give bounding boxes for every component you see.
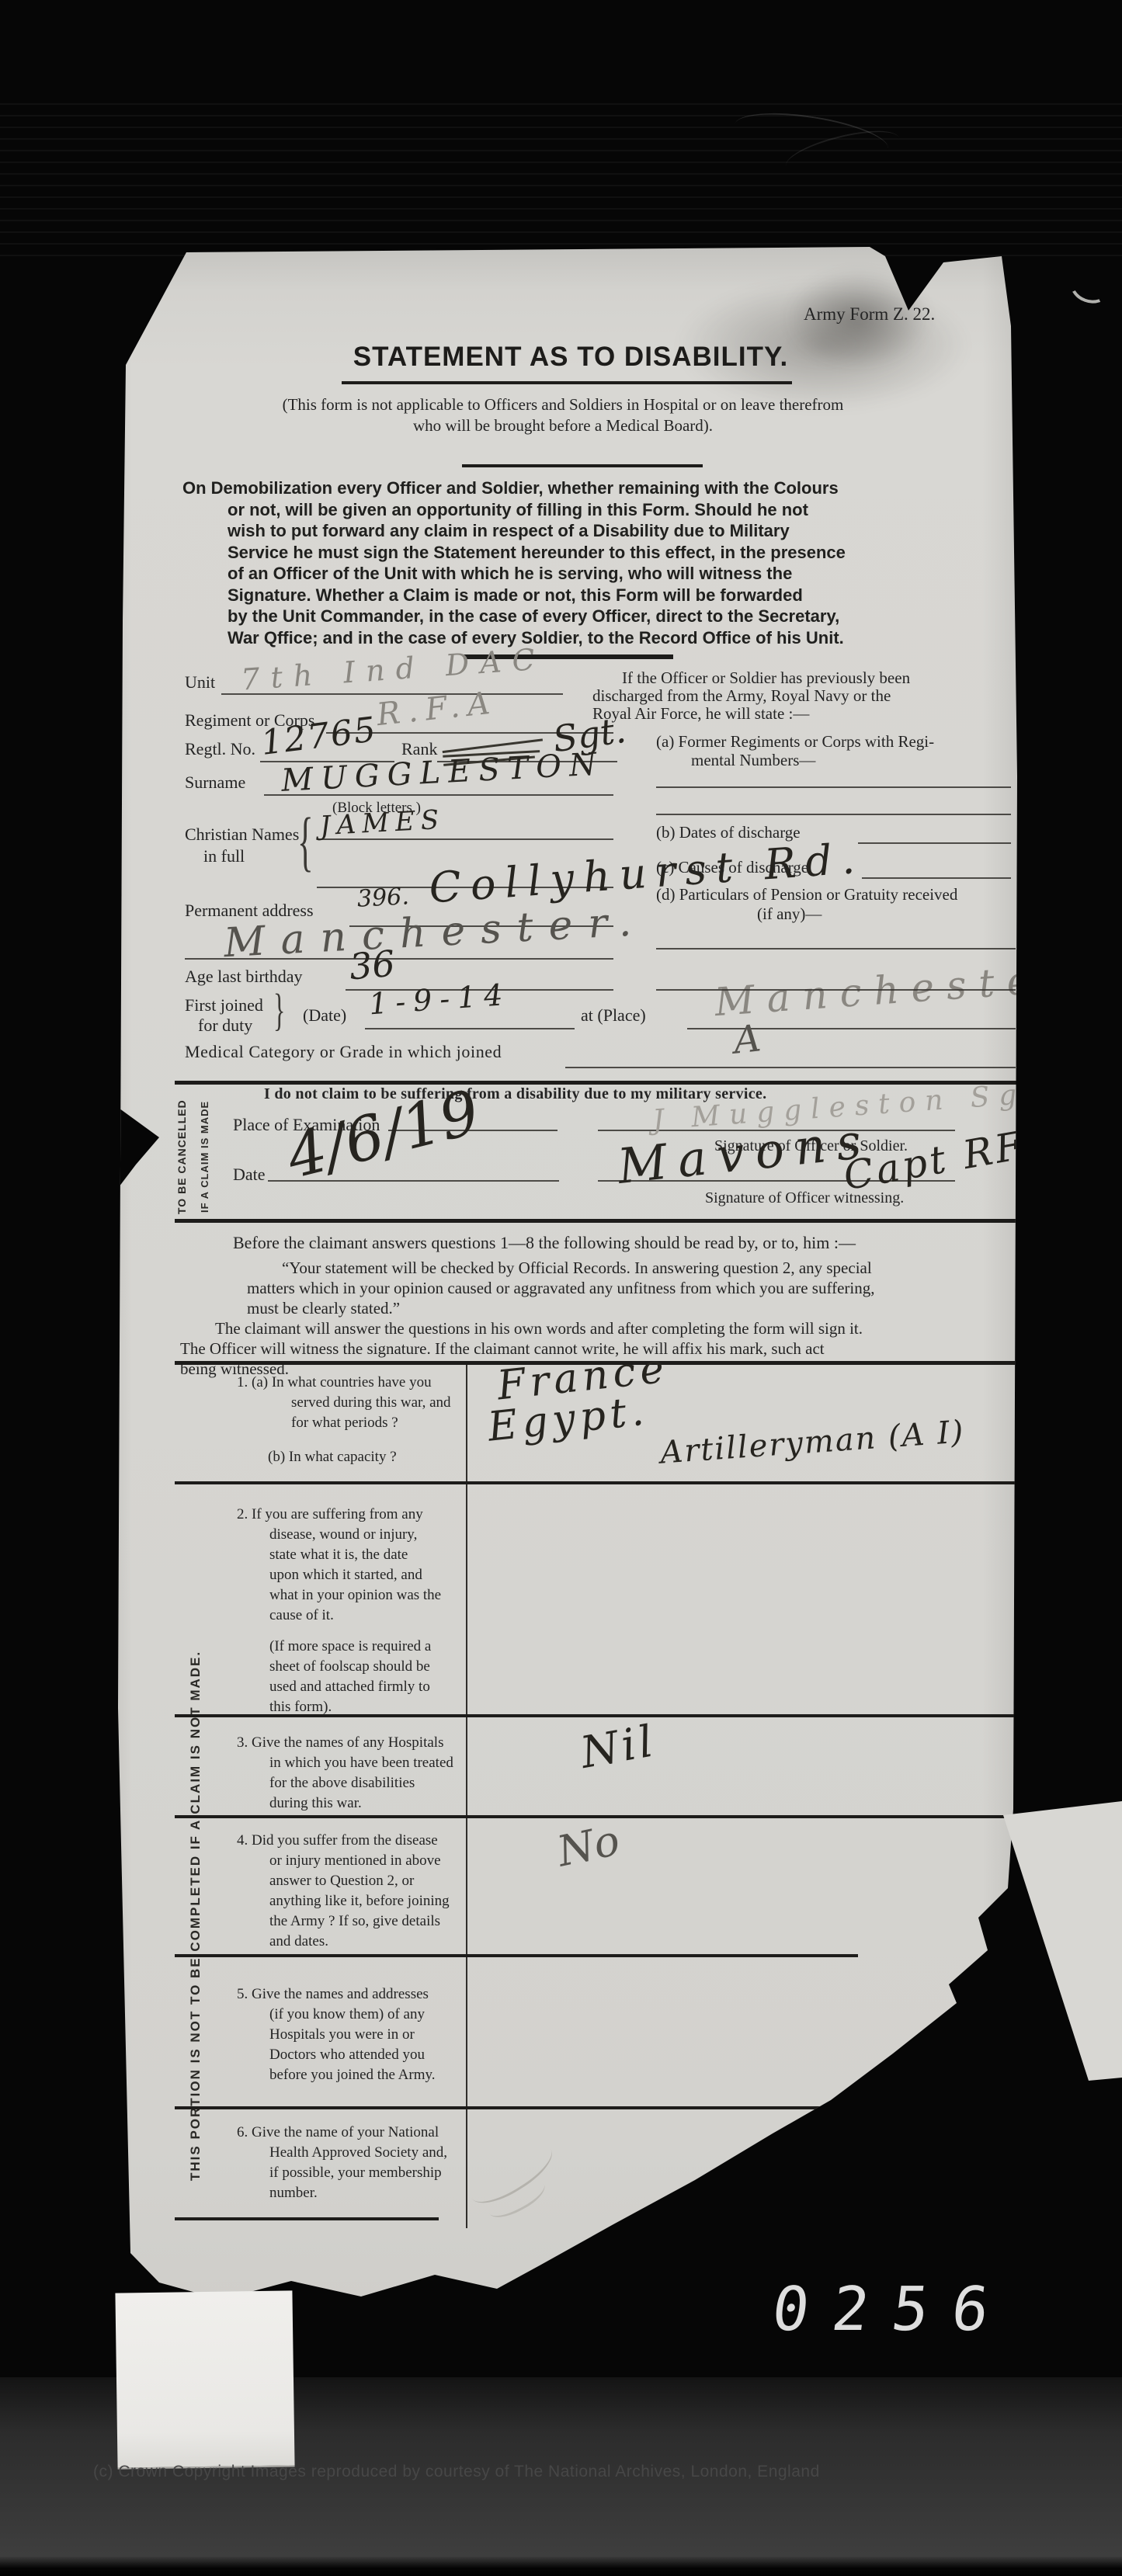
form-title: STATEMENT AS TO DISABILITY. xyxy=(299,342,842,373)
dates-of-discharge-line xyxy=(858,842,1011,844)
question-1b: (b) In what capacity ? xyxy=(268,1447,397,1467)
joined-date-line xyxy=(365,1028,575,1029)
section-rule xyxy=(175,1219,1017,1223)
applicability-note: (This form is not applicable to Officers… xyxy=(256,394,870,436)
witness-rank-handwriting: Capt RFA xyxy=(841,1121,1056,1196)
medical-category-label: Medical Category or Grade in which joine… xyxy=(185,1042,502,1062)
causes-of-discharge-label: (c) Causes of discharge xyxy=(656,858,808,877)
official-records-quote: “Your statement will be checked by Offic… xyxy=(247,1258,1031,1318)
causes-of-discharge-line xyxy=(862,877,1011,879)
answer-4: No xyxy=(554,1819,623,1873)
regtl-no-label: Regtl. No. xyxy=(185,739,255,759)
army-form-paper: Army Form Z. 22. STATEMENT AS TO DISABIL… xyxy=(101,245,1021,2310)
unit-handwriting: 7th Ind DAC xyxy=(240,644,547,694)
unit-label: Unit xyxy=(185,672,215,693)
former-regiments-line-2 xyxy=(656,814,1011,815)
row-divider xyxy=(175,1481,1017,1484)
question-2-note: (If more space is required a sheet of fo… xyxy=(269,1637,495,1717)
date-label: Date xyxy=(233,1165,266,1185)
address-line-2 xyxy=(185,958,613,960)
film-scratch-streaks xyxy=(0,93,1122,256)
medical-category-line xyxy=(565,1067,1016,1068)
pension-line-1 xyxy=(656,948,1016,950)
pension-line-2 xyxy=(656,989,1016,991)
cancelled-sidebar-line-1: TO BE CANCELLED xyxy=(175,1091,188,1223)
joined-date-handwriting: 1-9-14 xyxy=(368,980,512,1019)
demobilization-instructions: On Demobilization every Officer and Sold… xyxy=(182,477,1082,648)
age-handwriting: 36 xyxy=(348,946,396,985)
in-full-label: in full xyxy=(203,846,245,866)
question-5: 5. Give the names and addresses (if you … xyxy=(237,1984,526,2085)
christian-handwriting: JAMES xyxy=(319,807,446,839)
blank-index-card xyxy=(115,2290,294,2469)
christian-names-label: Christian Names xyxy=(185,825,299,845)
scanned-document-page: Army Form Z. 22. STATEMENT AS TO DISABIL… xyxy=(0,0,1122,2576)
question-4: 4. Did you suffer from the disease or in… xyxy=(237,1831,526,1952)
paper-edge-tear xyxy=(116,1106,163,1192)
row-divider xyxy=(175,2106,823,2109)
cancelled-sidebar-line-2: IF A CLAIM IS MADE xyxy=(199,1091,210,1223)
brace-close: } xyxy=(273,984,285,1036)
medical-category-handwriting: A xyxy=(732,1019,762,1059)
title-underline xyxy=(342,381,792,384)
pension-particulars-label: (d) Particulars of Pension or Gratuity r… xyxy=(656,885,957,904)
first-joined-label: First joined xyxy=(185,995,263,1015)
at-place-label: at (Place) xyxy=(581,1005,646,1026)
brace-open: { xyxy=(297,802,314,880)
previous-discharge-note: If the Officer or Soldier has previously… xyxy=(592,669,973,723)
row-divider xyxy=(175,1714,1019,1717)
for-duty-label: for duty xyxy=(198,1015,252,1036)
row-divider xyxy=(175,1954,858,1957)
paper-curl-fragment xyxy=(1065,264,1114,308)
surname-label: Surname xyxy=(185,772,245,793)
pension-if-any-label: (if any)— xyxy=(757,904,822,924)
former-regiments-label: (a) Former Regiments or Corps with Regi-… xyxy=(656,732,1033,769)
answer-3: Nil xyxy=(578,1720,659,1776)
separator-rule xyxy=(462,464,703,467)
question-2: 2. If you are suffering from any disease… xyxy=(237,1505,526,1626)
crown-copyright-notice: (c) Crown Copyright Images reproduced by… xyxy=(93,2463,1064,2481)
army-form-number: Army Form Z. 22. xyxy=(804,304,935,325)
witness-signature-label: Signature of Officer witnessing. xyxy=(705,1189,904,1207)
no-claim-statement: I do not claim to be suffering from a di… xyxy=(264,1085,766,1103)
torn-paper-fragment xyxy=(1002,1800,1122,2083)
table-bottom-rule xyxy=(175,2217,439,2220)
before-questions-lead: Before the claimant answers questions 1—… xyxy=(233,1233,856,1253)
row-divider xyxy=(175,1815,1019,1818)
address-number-handwriting: 396. xyxy=(356,885,409,911)
answer-1-capacity: Artilleryman (A I) xyxy=(659,1416,966,1468)
section-rule xyxy=(175,1081,1017,1085)
question-3: 3. Give the names of any Hospitals in wh… xyxy=(237,1733,526,1814)
microfilm-frame-counter: 0256 xyxy=(768,2275,1016,2345)
date-paren-label: (Date) xyxy=(303,1005,346,1026)
dates-of-discharge-label: (b) Dates of discharge xyxy=(656,823,801,842)
former-regiments-line-1 xyxy=(656,786,1011,788)
surname-handwriting: MUGGLESTON xyxy=(280,748,605,797)
